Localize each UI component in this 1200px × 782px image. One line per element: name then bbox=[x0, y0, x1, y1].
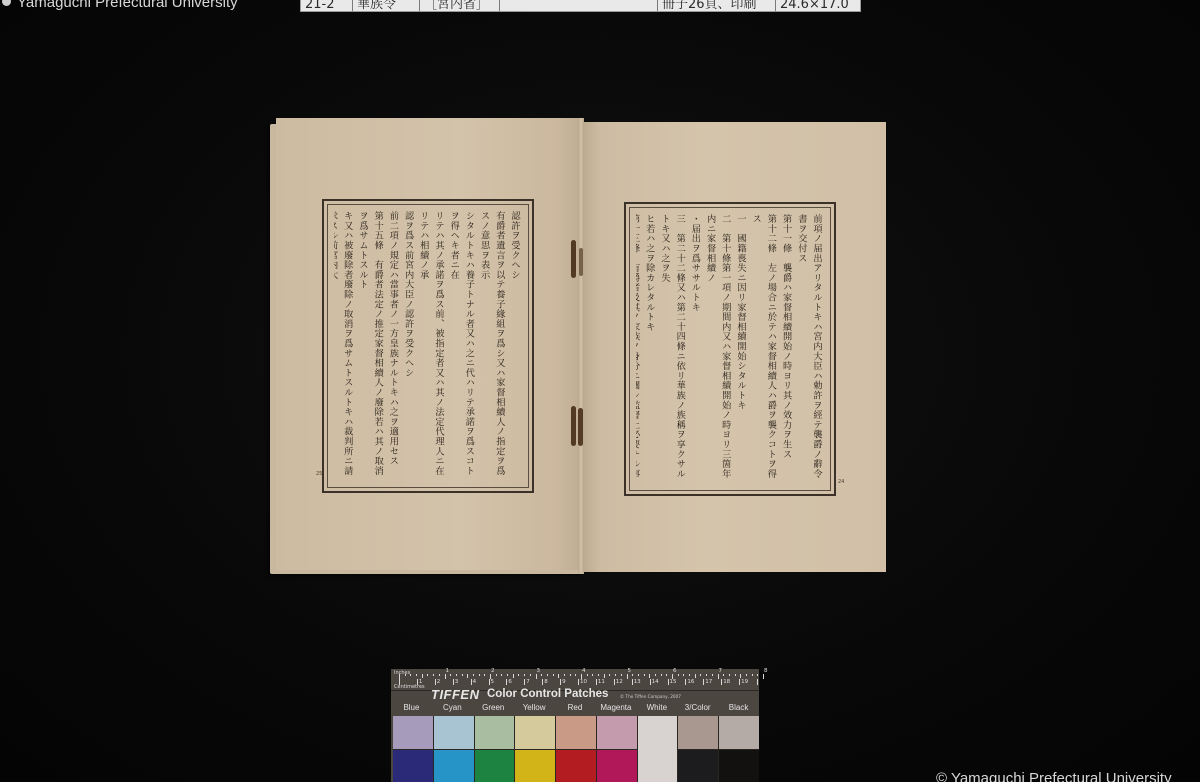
inch-tick bbox=[592, 674, 593, 676]
cm-tick bbox=[542, 679, 543, 685]
inch-number: 6 bbox=[673, 668, 677, 674]
text-column: 三 第二十二條又ハ第二十四條ニ依リ華族ノ族稱ヲ享クサルトキ又ハ之ヲ失 bbox=[657, 214, 687, 484]
cm-tick bbox=[685, 679, 686, 685]
inch-number: 7 bbox=[719, 668, 723, 674]
cm-tick bbox=[739, 679, 740, 685]
text-column: 第十五條 有爵者法定ノ推定家督相續人ノ廢除若ハ其ノ取消ヲ爲サムトスルト bbox=[355, 211, 385, 481]
institution-caption: Yamaguchi Prefectural University bbox=[0, 0, 238, 8]
color-control-chart: Inches Centimetres 123456781234567891011… bbox=[391, 669, 759, 782]
inch-tick bbox=[553, 674, 554, 676]
cm-number: 4 bbox=[473, 679, 477, 685]
inch-tick bbox=[410, 674, 411, 676]
cm-tick bbox=[596, 679, 597, 685]
inch-tick bbox=[598, 674, 599, 676]
right-text-frame: 前項ノ届出アリタルトキハ宮内大臣ハ勅許ヲ經テ襲爵ノ辭令書ヲ交付ス 第十一條 襲爵… bbox=[624, 202, 836, 496]
patch-3color-dark bbox=[678, 750, 718, 782]
university-logo-icon bbox=[2, 0, 11, 6]
inch-tick bbox=[541, 674, 542, 676]
text-column: 二 第十條第一項ノ期間内又ハ家督相續開始ノ時ヨリ三箇年内ニ家督相續ノ bbox=[702, 214, 732, 484]
inch-tick bbox=[536, 674, 537, 679]
inch-tick bbox=[752, 674, 753, 676]
inch-tick bbox=[462, 674, 463, 676]
patch-cyan-light bbox=[434, 716, 474, 749]
text-column: シタルトキハ養子トナル者又ハ之ニ代ハリテ承諾ヲ爲スコトヲ得ヘキ者ニ在 bbox=[446, 211, 476, 481]
inch-tick bbox=[609, 674, 610, 676]
inch-tick bbox=[746, 674, 747, 676]
inches-label: Inches bbox=[394, 670, 410, 676]
cm-tick bbox=[614, 679, 615, 685]
cm-tick bbox=[524, 679, 525, 685]
patch-label-cyan: Cyan bbox=[432, 703, 473, 714]
cm-number: 6 bbox=[508, 679, 512, 685]
inch-tick bbox=[666, 674, 667, 676]
inch-tick bbox=[530, 674, 531, 676]
inch-tick bbox=[467, 674, 468, 678]
inch-tick bbox=[689, 674, 690, 676]
text-column: 一 國籍喪失ニ因リ家督相續開始シタルトキ bbox=[733, 214, 748, 484]
patch-blue-dark bbox=[393, 750, 433, 782]
inch-tick bbox=[427, 674, 428, 676]
inch-tick bbox=[683, 674, 684, 676]
inch-tick bbox=[587, 674, 588, 676]
cm-tick bbox=[632, 679, 633, 685]
right-page-number: 24 bbox=[838, 479, 844, 485]
left-page-text: 認許ヲ受クヘシ 有爵者遺言ヲ以テ養子緣組ヲ爲シ又ハ家督相續人ノ指定ヲ爲スノ意思ヲ… bbox=[334, 211, 522, 481]
inch-tick bbox=[450, 674, 451, 676]
patch-green-light bbox=[475, 716, 515, 749]
cm-number: 5 bbox=[491, 679, 495, 685]
text-column: キ又ハ被廢除者廢除ノ取消ヲ爲サムトスルトキハ裁判所ニ請求スル前宮内大 bbox=[334, 211, 355, 481]
record-metadata-table: 21-2 華族令 ［宮内省］ 冊子26頁、印刷 24.6×17.0 bbox=[300, 0, 861, 12]
cm-tick bbox=[721, 679, 722, 685]
patch-magenta-light bbox=[597, 716, 637, 749]
inch-tick bbox=[627, 674, 628, 679]
inch-tick bbox=[433, 674, 434, 676]
cm-number: 17 bbox=[705, 679, 712, 685]
patch-label-3color: 3/Color bbox=[677, 703, 718, 714]
text-column: 認ヲ爲ス前宮内大臣ノ認許ヲ受クヘシ bbox=[400, 211, 415, 481]
cm-tick bbox=[668, 679, 669, 685]
inch-tick bbox=[513, 674, 514, 678]
inch-number: 2 bbox=[491, 668, 495, 674]
cm-tick bbox=[757, 679, 758, 685]
cm-tick bbox=[453, 679, 454, 685]
cm-number: 7 bbox=[526, 679, 530, 685]
cm-tick bbox=[399, 679, 400, 685]
cm-number: 19 bbox=[741, 679, 748, 685]
inch-tick bbox=[661, 674, 662, 676]
text-column: 第十三條 有爵者及其ノ家族ノ身分ニ關シ監督上必要ナル事項ハ宮内大臣之ヲ bbox=[636, 214, 642, 484]
cm-tick bbox=[703, 679, 704, 685]
text-column: ・届出ヲ爲ササルトキ bbox=[687, 214, 702, 484]
cm-tick bbox=[489, 679, 490, 685]
patch-black-light bbox=[719, 716, 759, 749]
patch-label-green: Green bbox=[473, 703, 514, 714]
patch-yellow-dark bbox=[515, 750, 555, 782]
patch-magenta-dark bbox=[597, 750, 637, 782]
inch-tick bbox=[763, 674, 764, 679]
text-column: 認許ヲ受クヘシ bbox=[507, 211, 522, 481]
patch-red-light bbox=[556, 716, 596, 749]
inch-tick bbox=[729, 674, 730, 676]
cm-number: 2 bbox=[437, 679, 441, 685]
inch-tick bbox=[439, 674, 440, 676]
cm-number: 3 bbox=[455, 679, 459, 685]
inch-number: 4 bbox=[582, 668, 586, 674]
inch-tick bbox=[558, 674, 559, 678]
inch-tick bbox=[740, 674, 741, 678]
record-id: 21-2 bbox=[301, 0, 353, 11]
inch-tick bbox=[621, 674, 622, 676]
footer-copyright: © Yamaguchi Prefectural University bbox=[936, 770, 1172, 782]
inch-tick bbox=[507, 674, 508, 676]
patch-green-dark bbox=[475, 750, 515, 782]
inch-tick bbox=[718, 674, 719, 679]
inch-tick bbox=[473, 674, 474, 676]
tiffen-logo: TIFFEN bbox=[431, 687, 480, 702]
cm-number: 14 bbox=[652, 679, 659, 685]
inch-number: 5 bbox=[628, 668, 632, 674]
cm-tick bbox=[650, 679, 651, 685]
inch-tick bbox=[604, 674, 605, 678]
patch-label-yellow: Yellow bbox=[514, 703, 555, 714]
record-blank bbox=[500, 0, 658, 11]
left-page-number: 25 bbox=[316, 471, 322, 477]
inch-tick bbox=[632, 674, 633, 676]
inch-tick bbox=[501, 674, 502, 676]
patch-red-dark bbox=[556, 750, 596, 782]
cm-number: 16 bbox=[687, 679, 694, 685]
patch-label-white: White bbox=[636, 703, 677, 714]
cm-tick bbox=[578, 679, 579, 685]
left-text-frame: 認許ヲ受クヘシ 有爵者遺言ヲ以テ養子緣組ヲ爲シ又ハ家督相續人ノ指定ヲ爲スノ意思ヲ… bbox=[322, 199, 534, 493]
inch-tick bbox=[695, 674, 696, 678]
text-column: 前二項ノ規定ハ當事者ノ一方皇族ナルトキハ之ヲ適用セス bbox=[385, 211, 400, 481]
text-column: 有爵者遺言ヲ以テ養子緣組ヲ爲シ又ハ家督相續人ノ指定ヲ爲スノ意思ヲ表示 bbox=[476, 211, 506, 481]
binding-stain bbox=[571, 240, 576, 278]
inch-number: 3 bbox=[537, 668, 541, 674]
cm-tick bbox=[417, 679, 418, 685]
cm-number: 1 bbox=[419, 679, 423, 685]
inch-tick bbox=[479, 674, 480, 676]
patch-white-light bbox=[638, 716, 678, 782]
cm-number: 15 bbox=[670, 679, 677, 685]
patch-label-red: Red bbox=[555, 703, 596, 714]
inch-tick bbox=[723, 674, 724, 676]
cm-number: 11 bbox=[598, 679, 605, 685]
text-column: ヒ若ハ之ヲ除カレタルトキ bbox=[642, 214, 657, 484]
patch-blue-light bbox=[393, 716, 433, 749]
record-size: 24.6×17.0 bbox=[776, 0, 860, 11]
inch-tick bbox=[638, 674, 639, 676]
record-title: 華族令 bbox=[353, 0, 420, 11]
inch-tick bbox=[700, 674, 701, 676]
cm-number: 8 bbox=[544, 679, 548, 685]
inch-tick bbox=[735, 674, 736, 676]
inch-tick bbox=[615, 674, 616, 676]
inch-tick bbox=[649, 674, 650, 678]
cm-number: 9 bbox=[562, 679, 566, 685]
inch-tick bbox=[524, 674, 525, 676]
inch-number: 1 bbox=[446, 668, 450, 674]
text-column: 前項ノ届出アリタルトキハ宮内大臣ハ勅許ヲ經テ襲爵ノ辭令書ヲ交付ス bbox=[794, 214, 824, 484]
inch-tick bbox=[496, 674, 497, 676]
record-publisher: ［宮内省］ bbox=[420, 0, 500, 11]
binding-stain bbox=[571, 406, 576, 446]
inch-number: 8 bbox=[764, 668, 768, 674]
cm-tick bbox=[471, 679, 472, 685]
binding-stain bbox=[578, 408, 583, 446]
patch-3color-light bbox=[678, 716, 718, 749]
patch-label-blue: Blue bbox=[391, 703, 432, 714]
cm-number: 18 bbox=[723, 679, 730, 685]
right-page-text: 前項ノ届出アリタルトキハ宮内大臣ハ勅許ヲ經テ襲爵ノ辭令書ヲ交付ス 第十一條 襲爵… bbox=[636, 214, 824, 484]
cm-tick bbox=[435, 679, 436, 685]
cm-number: 10 bbox=[580, 679, 587, 685]
chart-copyright: © The Tiffen Company, 2007 bbox=[620, 694, 681, 699]
cm-number: 13 bbox=[634, 679, 641, 685]
cm-number: 12 bbox=[616, 679, 623, 685]
patch-label-black: Black bbox=[718, 703, 759, 714]
inch-tick bbox=[678, 674, 679, 676]
open-booklet: 認許ヲ受クヘシ 有爵者遺言ヲ以テ養子緣組ヲ爲シ又ハ家督相續人ノ指定ヲ爲スノ意思ヲ… bbox=[268, 118, 886, 573]
inch-tick bbox=[518, 674, 519, 676]
inch-tick bbox=[655, 674, 656, 676]
inch-tick bbox=[712, 674, 713, 676]
inch-tick bbox=[706, 674, 707, 676]
patch-black-dark bbox=[719, 750, 759, 782]
inch-tick bbox=[757, 674, 758, 676]
institution-name: Yamaguchi Prefectural University bbox=[17, 0, 238, 11]
patch-cyan-dark bbox=[434, 750, 474, 782]
cm-tick bbox=[560, 679, 561, 685]
inch-tick bbox=[547, 674, 548, 676]
inch-tick bbox=[416, 674, 417, 676]
inch-tick bbox=[405, 674, 406, 676]
inch-tick bbox=[422, 674, 423, 678]
inch-tick bbox=[564, 674, 565, 676]
book-gutter bbox=[578, 118, 584, 573]
record-format: 冊子26頁、印刷 bbox=[658, 0, 776, 11]
patch-label-magenta: Magenta bbox=[595, 703, 636, 714]
cm-tick bbox=[506, 679, 507, 685]
patch-yellow-light bbox=[515, 716, 555, 749]
inch-tick bbox=[644, 674, 645, 676]
inch-tick bbox=[456, 674, 457, 676]
chart-title: Color Control Patches bbox=[487, 688, 608, 700]
inch-tick bbox=[484, 674, 485, 676]
text-column: リテハ其ノ承諾ヲ爲ス前、被指定者又ハ其ノ法定代理人ニ在リテハ相續ノ承 bbox=[416, 211, 446, 481]
binding-stain bbox=[579, 248, 583, 276]
inch-tick bbox=[445, 674, 446, 679]
text-column: 第十一條 襲爵ハ家督相續開始ノ時ヨリ其ノ效力ヲ生ス bbox=[778, 214, 793, 484]
inch-tick bbox=[570, 674, 571, 676]
color-patches bbox=[393, 716, 759, 782]
inch-tick bbox=[575, 674, 576, 676]
text-column: 第十二條 左ノ場合ニ於テハ家督相續人ハ爵ヲ襲クコトヲ得ス bbox=[748, 214, 778, 484]
patch-labels: Blue Cyan Green Yellow Red Magenta White… bbox=[391, 703, 759, 714]
